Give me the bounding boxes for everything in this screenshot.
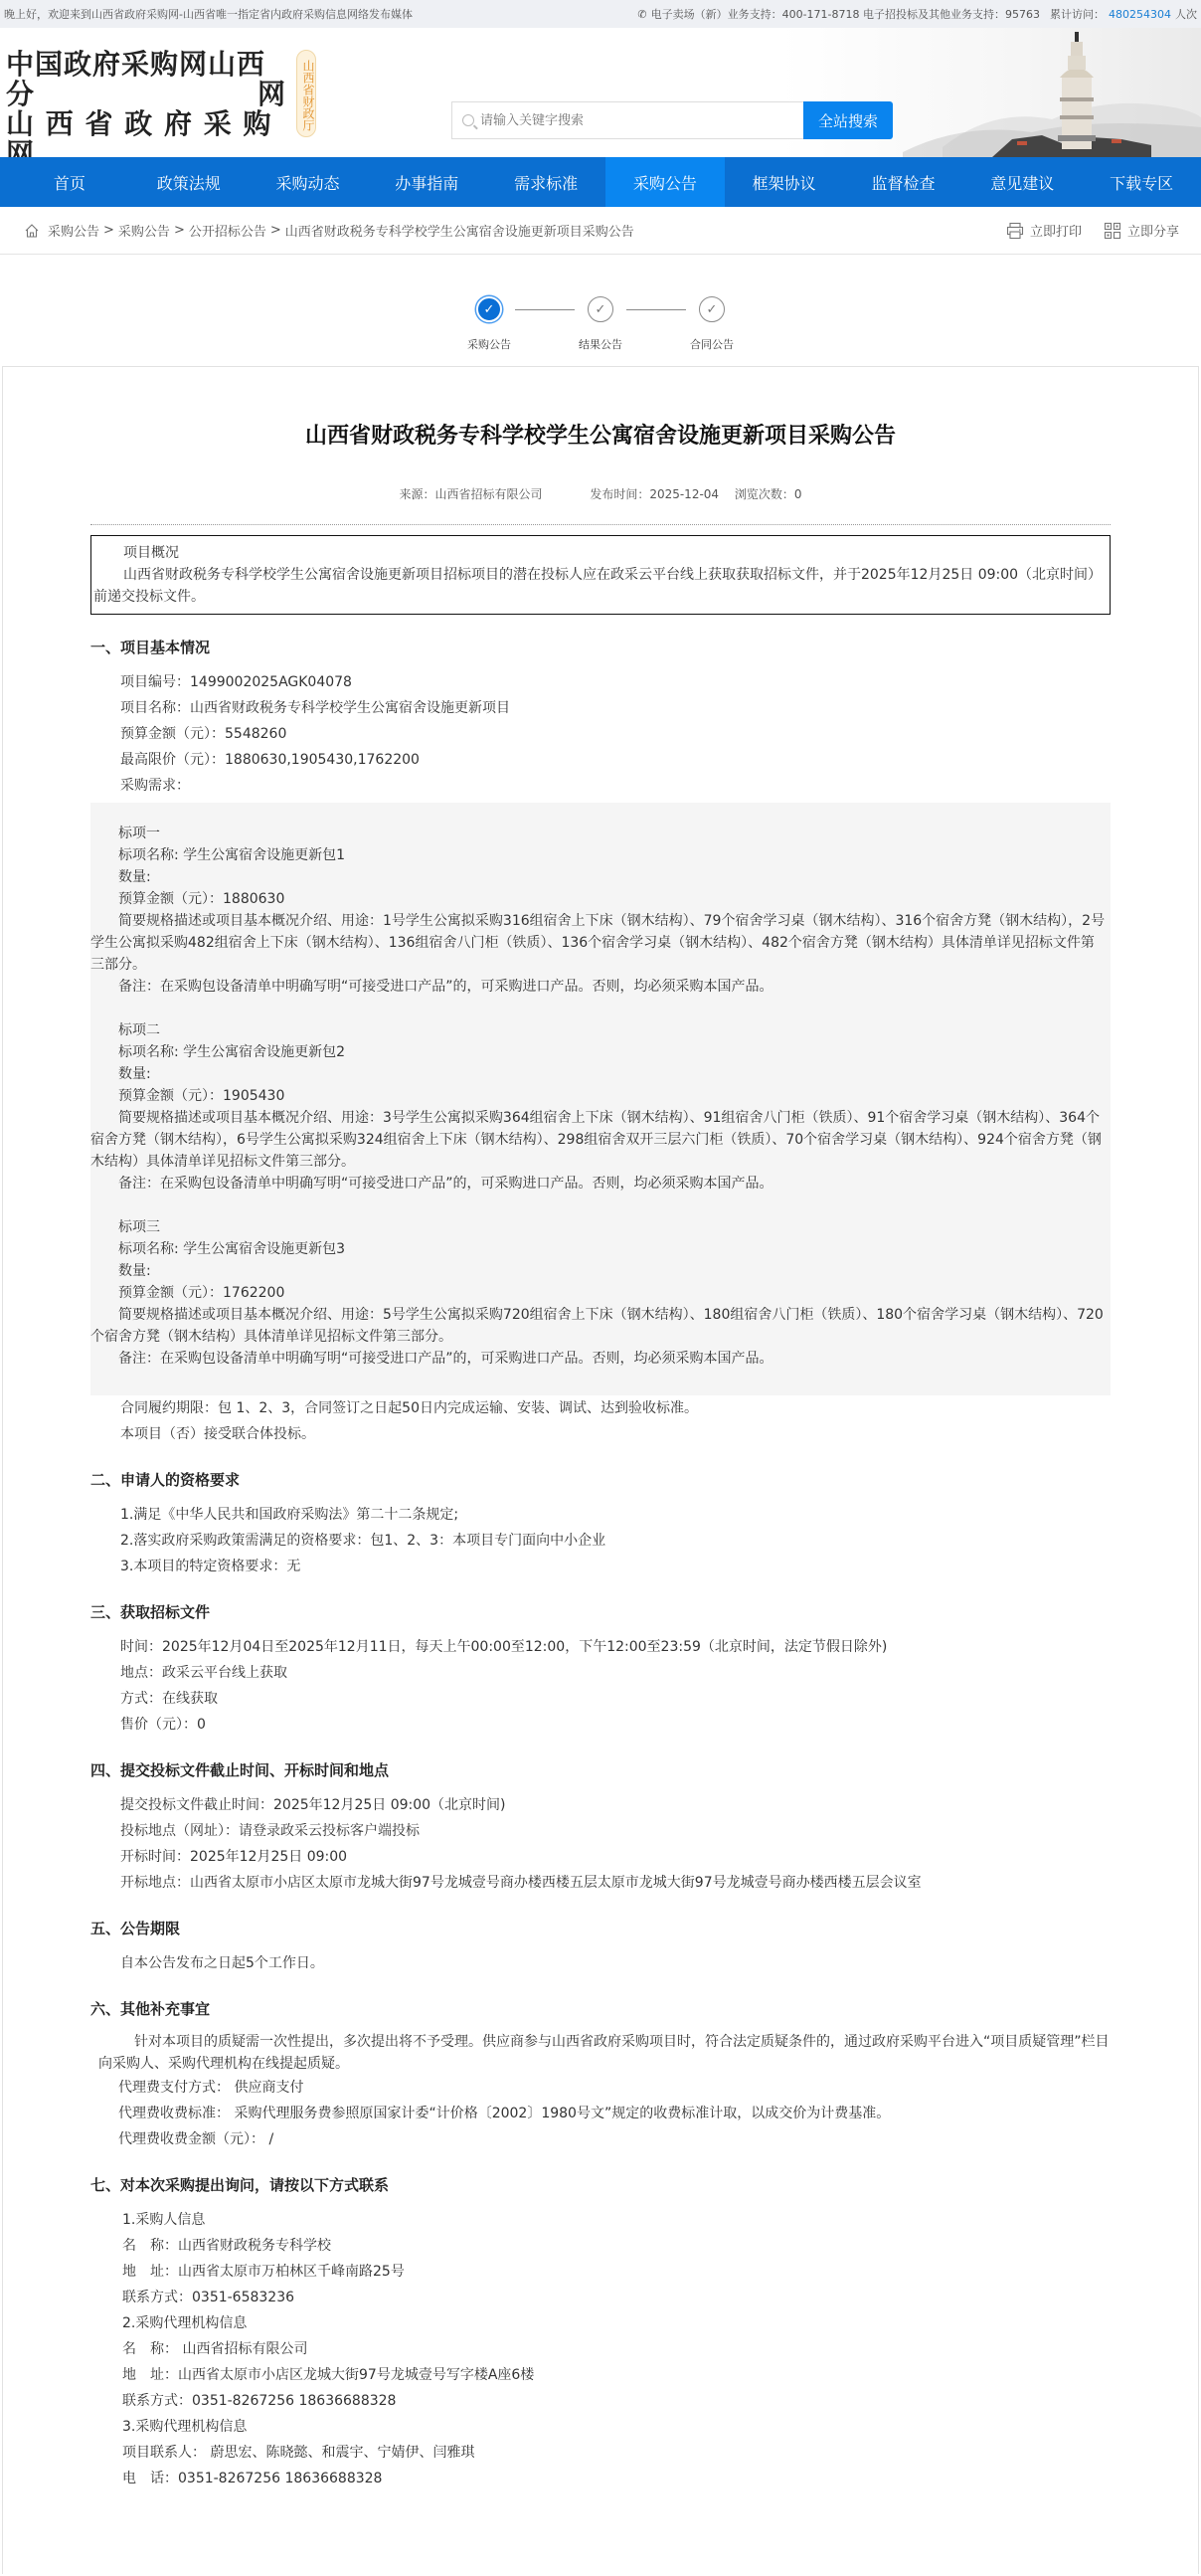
doc-time: 时间：2025年12月04日至2025年12月11日，每天上午00:00至12:… xyxy=(90,1634,1111,1660)
agency-fee-amount: 代理费收费金额（元）： / xyxy=(90,2126,1111,2152)
contract-period: 合同履约期限：包 1、2、3，合同签订之日起50日内完成运输、安装、调试、达到验… xyxy=(90,1395,1111,1421)
step-purchase-announcement[interactable]: ✓ 采购公告 xyxy=(463,296,515,352)
lot-name: 标项名称: 学生公寓宿舍设施更新包2 xyxy=(90,1041,1111,1063)
logo-line-1: 中国政府采购网山西分网 xyxy=(6,50,286,109)
agency-title: 2.采购代理机构信息 xyxy=(90,2310,1111,2336)
check-circle-icon: ✓ xyxy=(476,296,502,322)
lot-description: 简要规格描述或项目基本概况介绍、用途：3号学生公寓拟采购364组宿舍上下床（钢木… xyxy=(90,1107,1111,1173)
bid-place: 投标地点（网址）：请登录政采云投标客户端投标 xyxy=(90,1818,1111,1844)
breadcrumb-bar: 采购公告 > 采购公告 > 公开招标公告 > 山西省财政税务专科学校学生公寓宿舍… xyxy=(0,207,1201,255)
search-input[interactable] xyxy=(480,113,778,128)
nav-item-feedback[interactable]: 意见建议 xyxy=(962,157,1082,207)
overview-title: 项目概况 xyxy=(93,542,1108,564)
search-field[interactable] xyxy=(451,101,803,139)
agency-name: 名 称： 山西省招标有限公司 xyxy=(90,2336,1111,2362)
lot-budget: 预算金额（元）：1762200 xyxy=(90,1282,1111,1304)
section-2-title: 二、申请人的资格要求 xyxy=(90,1469,1111,1490)
qualification-item: 2.落实政府采购政策需满足的资格要求：包1、2、3：本项目专门面向中小企业 xyxy=(90,1528,1111,1554)
print-button[interactable]: 立即打印 xyxy=(1006,221,1082,240)
article-container: 山西省财政税务专科学校学生公寓宿舍设施更新项目采购公告 来源：山西省招标有限公司… xyxy=(2,366,1199,2574)
nav-item-guide[interactable]: 办事指南 xyxy=(367,157,486,207)
breadcrumb-separator: > xyxy=(174,223,185,238)
lot-name: 标项名称: 学生公寓宿舍设施更新包3 xyxy=(90,1238,1111,1260)
agency-contact: 联系方式：0351-8267256 18636688328 xyxy=(90,2388,1111,2414)
nav-item-supervision[interactable]: 监督检查 xyxy=(844,157,963,207)
breadcrumb-current: 山西省财政税务专科学校学生公寓宿舍设施更新项目采购公告 xyxy=(285,221,634,240)
finance-dept-badge: 山西省财政厅 xyxy=(296,50,316,137)
purchaser-name: 名 称：山西省财政税务专科学校 xyxy=(90,2233,1111,2259)
home-icon[interactable] xyxy=(24,223,40,239)
nav-item-downloads[interactable]: 下载专区 xyxy=(1082,157,1201,207)
lot-description: 简要规格描述或项目基本概况介绍、用途：1号学生公寓拟采购316组宿舍上下床（钢木… xyxy=(90,910,1111,976)
challenge-notice: 针对本项目的质疑需一次性提出，多次提出将不予受理。供应商参与山西省政府采购项目时… xyxy=(90,2031,1111,2075)
announcement-progress-steps: ✓ 采购公告 ✓ 结果公告 ✓ 合同公告 xyxy=(0,255,1201,366)
welcome-text: 晚上好，欢迎来到山西省政府采购网-山西省唯一指定省内政府采购信息网络发布媒体 xyxy=(4,6,413,22)
announcement-period: 自本公告发布之日起5个工作日。 xyxy=(90,1950,1111,1976)
site-logo[interactable]: 中国政府采购网山西分网 山 西 省 政 府 采 购 网 山西省政府购买服务信息平… xyxy=(6,50,316,157)
lot-number: 标项三 xyxy=(90,1216,1111,1238)
share-label: 立即分享 xyxy=(1127,221,1179,240)
bid-open-time: 开标时间：2025年12月25日 09:00 xyxy=(90,1844,1111,1870)
article-source: 来源：山西省招标有限公司 xyxy=(399,487,542,501)
check-circle-icon: ✓ xyxy=(699,296,725,322)
lot-note: 备注：在采购包设备清单中明确写明“可接受进口产品”的，可采购进口产品。否则，均必… xyxy=(90,976,1111,998)
bid-open-place: 开标地点：山西省太原市小店区太原市龙城大街97号龙城壹号商办楼西楼五层太原市龙城… xyxy=(90,1870,1111,1896)
purchaser-contact: 联系方式：0351-6583236 xyxy=(90,2285,1111,2310)
section-6-title: 六、其他补充事宜 xyxy=(90,1998,1111,2019)
doc-method: 方式：在线获取 xyxy=(90,1686,1111,1712)
lot-quantity: 数量: xyxy=(90,1063,1111,1085)
project-number: 项目编号：1499002025AGK04078 xyxy=(90,669,1111,695)
purchaser-title: 1.采购人信息 xyxy=(90,2207,1111,2233)
budget-amount: 预算金额（元）：5548260 xyxy=(90,721,1111,747)
breadcrumb-item-3[interactable]: 公开招标公告 xyxy=(189,221,266,240)
lot-quantity: 数量: xyxy=(90,866,1111,888)
step-label: 合同公告 xyxy=(690,336,734,352)
nav-item-standards[interactable]: 需求标准 xyxy=(486,157,605,207)
divider xyxy=(90,524,1111,525)
visits-label: 累计访问： xyxy=(1050,6,1105,22)
top-bar: 晚上好，欢迎来到山西省政府采购网-山西省唯一指定省内政府采购信息网络发布媒体 ✆… xyxy=(0,0,1201,28)
page-actions: 立即打印 立即分享 xyxy=(1006,221,1179,240)
check-circle-icon: ✓ xyxy=(588,296,613,322)
step-connector xyxy=(626,309,686,310)
agency-fee-method: 代理费支付方式： 供应商支付 xyxy=(90,2075,1111,2101)
nav-item-policies[interactable]: 政策法规 xyxy=(129,157,249,207)
article-views: 浏览次数：0 xyxy=(735,487,802,501)
doc-price: 售价（元）：0 xyxy=(90,1712,1111,1738)
nav-item-framework[interactable]: 框架协议 xyxy=(725,157,844,207)
lot-1: 标项一 标项名称: 学生公寓宿舍设施更新包1 数量: 预算金额（元）：18806… xyxy=(90,815,1111,1012)
qr-code-icon xyxy=(1104,222,1121,240)
step-connector xyxy=(515,309,575,310)
step-result-announcement[interactable]: ✓ 结果公告 xyxy=(575,296,626,352)
site-search-button[interactable]: 全站搜索 xyxy=(803,101,893,139)
article-meta: 来源：山西省招标有限公司 发布时间：2025-12-04 浏览次数：0 xyxy=(90,485,1111,502)
overview-body: 山西省财政税务专科学校学生公寓宿舍设施更新项目招标项目的潜在投标人应在政采云平台… xyxy=(93,564,1108,608)
section-7-title: 七、对本次采购提出询问，请按以下方式联系 xyxy=(90,2174,1111,2195)
visits-count: 480254304 xyxy=(1109,8,1171,21)
lot-budget: 预算金额（元）：1905430 xyxy=(90,1085,1111,1107)
support-text: 电子卖场（新）业务支持：400-171-8718 电子招投标及其他业务支持：95… xyxy=(651,6,1040,22)
nav-item-home[interactable]: 首页 xyxy=(10,157,129,207)
lot-number: 标项一 xyxy=(90,823,1111,844)
agency-fee-standard: 代理费收费标准： 采购代理服务费参照原国家计委“计价格〔2002〕1980号文”… xyxy=(90,2101,1111,2126)
step-label: 结果公告 xyxy=(579,336,622,352)
breadcrumb-item-2[interactable]: 采购公告 xyxy=(118,221,170,240)
project-contacts: 项目联系人： 蔚思宏、陈晓懿、和震宇、宁婧伊、闫雅琪 xyxy=(90,2440,1111,2466)
doc-place: 地点：政采云平台线上获取 xyxy=(90,1660,1111,1686)
visits-unit: 人次 xyxy=(1175,6,1197,22)
article-publish-time: 发布时间：2025-12-04 xyxy=(590,487,719,501)
breadcrumb-separator: > xyxy=(103,223,114,238)
agency-2-title: 3.采购代理机构信息 xyxy=(90,2414,1111,2440)
lot-note: 备注：在采购包设备清单中明确写明“可接受进口产品”的，可采购进口产品。否则，均必… xyxy=(90,1173,1111,1195)
lot-description: 简要规格描述或项目基本概况介绍、用途：5号学生公寓拟采购720组宿舍上下床（钢木… xyxy=(90,1304,1111,1348)
breadcrumb-separator: > xyxy=(270,223,281,238)
agency-address: 地 址：山西省太原市小店区龙城大街97号龙城壹号写字楼A座6楼 xyxy=(90,2362,1111,2388)
section-3-title: 三、获取招标文件 xyxy=(90,1601,1111,1622)
print-label: 立即打印 xyxy=(1030,221,1082,240)
site-header: 中国政府采购网山西分网 山 西 省 政 府 采 购 网 山西省政府购买服务信息平… xyxy=(0,28,1201,157)
project-overview-box: 项目概况 山西省财政税务专科学校学生公寓宿舍设施更新项目招标项目的潜在投标人应在… xyxy=(90,535,1111,615)
procurement-lots: 标项一 标项名称: 学生公寓宿舍设施更新包1 数量: 预算金额（元）：18806… xyxy=(90,803,1111,1395)
lot-2: 标项二 标项名称: 学生公寓宿舍设施更新包2 数量: 预算金额（元）：19054… xyxy=(90,1012,1111,1208)
article-title: 山西省财政税务专科学校学生公寓宿舍设施更新项目采购公告 xyxy=(90,419,1111,450)
step-contract-announcement[interactable]: ✓ 合同公告 xyxy=(686,296,738,352)
qualification-item: 1.满足《中华人民共和国政府采购法》第二十二条规定; xyxy=(90,1502,1111,1528)
step-label: 采购公告 xyxy=(467,336,511,352)
logo-line-2: 山 西 省 政 府 采 购 网 xyxy=(6,109,286,157)
share-button[interactable]: 立即分享 xyxy=(1104,221,1179,240)
site-search: 全站搜索 xyxy=(451,101,893,139)
agency-phone: 电 话：0351-8267256 18636688328 xyxy=(90,2466,1111,2491)
support-info: ✆ 电子卖场（新）业务支持：400-171-8718 电子招投标及其他业务支持：… xyxy=(637,6,1197,22)
printer-icon xyxy=(1006,222,1024,240)
project-name: 项目名称：山西省财政税务专科学校学生公寓宿舍设施更新项目 xyxy=(90,695,1111,721)
lot-3: 标项三 标项名称: 学生公寓宿舍设施更新包3 数量: 预算金额（元）：17622… xyxy=(90,1208,1111,1383)
section-5-title: 五、公告期限 xyxy=(90,1918,1111,1938)
breadcrumb-item-1[interactable]: 采购公告 xyxy=(48,221,99,240)
lot-number: 标项二 xyxy=(90,1019,1111,1041)
lot-quantity: 数量: xyxy=(90,1260,1111,1282)
lot-note: 备注：在采购包设备清单中明确写明“可接受进口产品”的，可采购进口产品。否则，均必… xyxy=(90,1348,1111,1370)
purchaser-address: 地 址：山西省太原市万柏林区千峰南路25号 xyxy=(90,2259,1111,2285)
pagoda-banner-image xyxy=(903,28,1201,157)
max-price: 最高限价（元）：1880630,1905430,1762200 xyxy=(90,747,1111,773)
section-1-title: 一、项目基本情况 xyxy=(90,637,1111,657)
qualification-item: 3.本项目的特定资格要求：无 xyxy=(90,1554,1111,1579)
consortium-bid: 本项目（否）接受联合体投标。 xyxy=(90,1421,1111,1447)
nav-item-news[interactable]: 采购动态 xyxy=(249,157,368,207)
breadcrumb: 采购公告 > 采购公告 > 公开招标公告 > 山西省财政税务专科学校学生公寓宿舍… xyxy=(24,221,634,240)
procurement-demand-label: 采购需求： xyxy=(90,773,1111,799)
nav-item-announcements[interactable]: 采购公告 xyxy=(605,157,725,207)
lot-budget: 预算金额（元）：1880630 xyxy=(90,888,1111,910)
bid-deadline: 提交投标文件截止时间：2025年12月25日 09:00（北京时间) xyxy=(90,1792,1111,1818)
search-icon xyxy=(462,114,474,126)
lot-name: 标项名称: 学生公寓宿舍设施更新包1 xyxy=(90,844,1111,866)
phone-icon: ✆ xyxy=(637,8,646,21)
main-nav: 首页 政策法规 采购动态 办事指南 需求标准 采购公告 框架协议 监督检查 意见… xyxy=(0,157,1201,207)
section-4-title: 四、提交投标文件截止时间、开标时间和地点 xyxy=(90,1759,1111,1780)
